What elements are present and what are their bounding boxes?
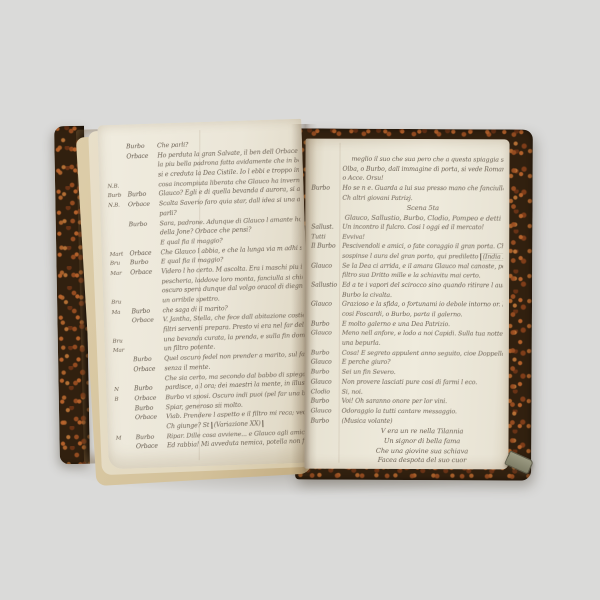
speaker-name — [134, 380, 165, 381]
line-text: E molto galerno e una Dea Patrizio. — [342, 320, 503, 328]
line-text: Cosa! E segreto appulent anno seguito, c… — [342, 349, 503, 357]
speaker-name — [133, 341, 164, 342]
speaker-name — [129, 235, 160, 236]
line-text: filtro sua Dritto mille e la schiavitu m… — [342, 272, 503, 280]
speaker-name — [127, 177, 158, 178]
line-text: una bepurla. — [342, 340, 503, 348]
line-text: Ho se n e. Guarda a lui sua presso mano … — [342, 185, 503, 193]
line-text: Ed a te i vapori del scirocco sino quand… — [342, 282, 503, 290]
margin-annotation: B — [114, 396, 134, 403]
line-text: Ch altri giovani Patrizj. — [342, 194, 503, 202]
margin-annotation — [108, 216, 128, 217]
margin-annotation — [106, 158, 126, 159]
margin-annotation — [109, 236, 129, 237]
gutter-shadow — [291, 124, 317, 476]
line-text: Burbo la civalta. — [342, 291, 503, 299]
line-text: Che una giovine sua schiava — [341, 446, 502, 455]
speaker-name — [127, 167, 158, 168]
line-text: Si, noi. — [342, 388, 503, 396]
margin-annotation: N.B. — [108, 202, 128, 209]
speaker-name: Orbace — [130, 249, 161, 257]
line-text: Non provere lasciati pure cosi di farmi … — [342, 379, 503, 387]
margin-annotation: Burb — [108, 193, 128, 200]
line-text: Se la Dea ci arrida, e il amara Glauco m… — [342, 262, 503, 270]
line-text: Un incontro il fulcro. Cosi l oggi ed il… — [342, 224, 503, 232]
line-text: cosi Foscardi, o Burbo, parta il galerno… — [342, 311, 503, 319]
speaker-name — [131, 302, 162, 303]
line-text: Evviva! — [342, 233, 503, 241]
margin-annotation — [114, 371, 134, 372]
margin-annotation: N — [114, 387, 134, 394]
speaker-name: Orbace — [132, 317, 163, 325]
line-text: Olba, o Burbo, dall immagine di porta, s… — [342, 165, 503, 173]
margin-annotation — [115, 429, 135, 430]
margin-annotation — [109, 226, 129, 227]
speaker-name — [127, 186, 158, 187]
boxed-annotation: (India Burb) — [480, 252, 503, 260]
margin-annotation — [113, 361, 133, 362]
left-page-lines: BurboChe parli?OrbaceHo perduta la gran … — [106, 138, 308, 454]
speaker-name: Burbo — [130, 259, 161, 267]
margin-annotation — [116, 449, 136, 450]
line-text: V era un re nella Tilannia — [342, 427, 503, 436]
speaker-name — [133, 351, 164, 352]
speaker-name: Orbace — [133, 365, 164, 373]
speaker-name: Burbo — [136, 433, 167, 441]
speaker-name: Orbace — [128, 200, 159, 208]
line-text: Grazioso e la sfida, o fortunami io debo… — [342, 301, 503, 309]
speaker-name — [132, 331, 163, 332]
margin-annotation: N.B. — [107, 183, 127, 190]
margin-annotation — [114, 381, 134, 382]
speaker-name: Orbace — [134, 394, 165, 402]
speaker-name — [131, 293, 162, 294]
speaker-name: Orbace — [136, 443, 167, 451]
margin-annotation — [111, 284, 131, 285]
speaker-name: Burbo — [129, 220, 160, 228]
margin-annotation: Bru — [111, 299, 131, 306]
speaker-name — [129, 244, 160, 245]
line-text: Scena 5ta — [342, 204, 503, 213]
margin-annotation — [115, 410, 135, 411]
line-text: sospinse l aura del gran porto, qui pred… — [342, 252, 503, 260]
speaker-name: Burbo — [128, 191, 159, 199]
margin-annotation: Mar — [110, 270, 130, 277]
line-text: Un signor di bella fama — [342, 437, 503, 446]
margin-annotation — [109, 245, 129, 246]
photo-background: BurboChe parli?OrbaceHo perduta la gran … — [0, 0, 600, 600]
margin-annotation: Ma — [111, 309, 131, 316]
speaker-name: Burbo — [131, 307, 162, 315]
line-text: meglio il suo che sua pero che a questa … — [342, 156, 503, 164]
line-text: Sei un fin Severo. — [342, 369, 503, 377]
margin-annotation — [112, 332, 132, 333]
margin-annotation: Bru — [112, 338, 132, 345]
speaker-name — [128, 215, 159, 216]
margin-annotation: Mart — [110, 251, 130, 258]
margin-annotation — [107, 168, 127, 169]
speaker-name: Orbace — [130, 268, 161, 276]
line-text: E perche giuro? — [342, 359, 503, 367]
line-text: (Musica volante) — [342, 417, 503, 425]
margin-annotation: M — [116, 435, 136, 442]
margin-annotation — [111, 294, 131, 295]
margin-annotation — [107, 178, 127, 179]
line-text: Facea despota del suo cuor — [341, 456, 502, 465]
speaker-name — [131, 283, 162, 284]
margin-annotation — [112, 323, 132, 324]
margin-annotation: Mar — [113, 348, 133, 355]
line-text: Odoraggio la tutti cantare messaggio. — [342, 407, 503, 415]
speaker-name: Orbace — [126, 152, 157, 160]
left-page: BurboChe parli?OrbaceHo perduta la gran … — [97, 119, 312, 470]
margin-annotation — [115, 419, 135, 420]
speaker-name: Burbo — [133, 355, 164, 363]
speaker-name: Burbo — [126, 142, 157, 150]
speaker-name: Orbace — [135, 413, 166, 421]
line-text: Glauco, Sallustio, Burbo, Clodio, Pompeo… — [342, 214, 503, 223]
line-text: Meno nell anfore, e lodo a noi Capidi. S… — [342, 330, 503, 338]
speaker-name: Burbo — [135, 404, 166, 412]
right-page: meglio il suo che sua pero che a questa … — [304, 139, 509, 470]
line-text: o Acce. Orsu! — [342, 175, 503, 183]
margin-annotation: Bru — [110, 261, 130, 268]
line-text: Che parli? — [157, 138, 298, 149]
speaker-name: Burbo — [134, 385, 165, 393]
speaker-name — [135, 428, 166, 429]
margin-annotation — [106, 148, 126, 149]
